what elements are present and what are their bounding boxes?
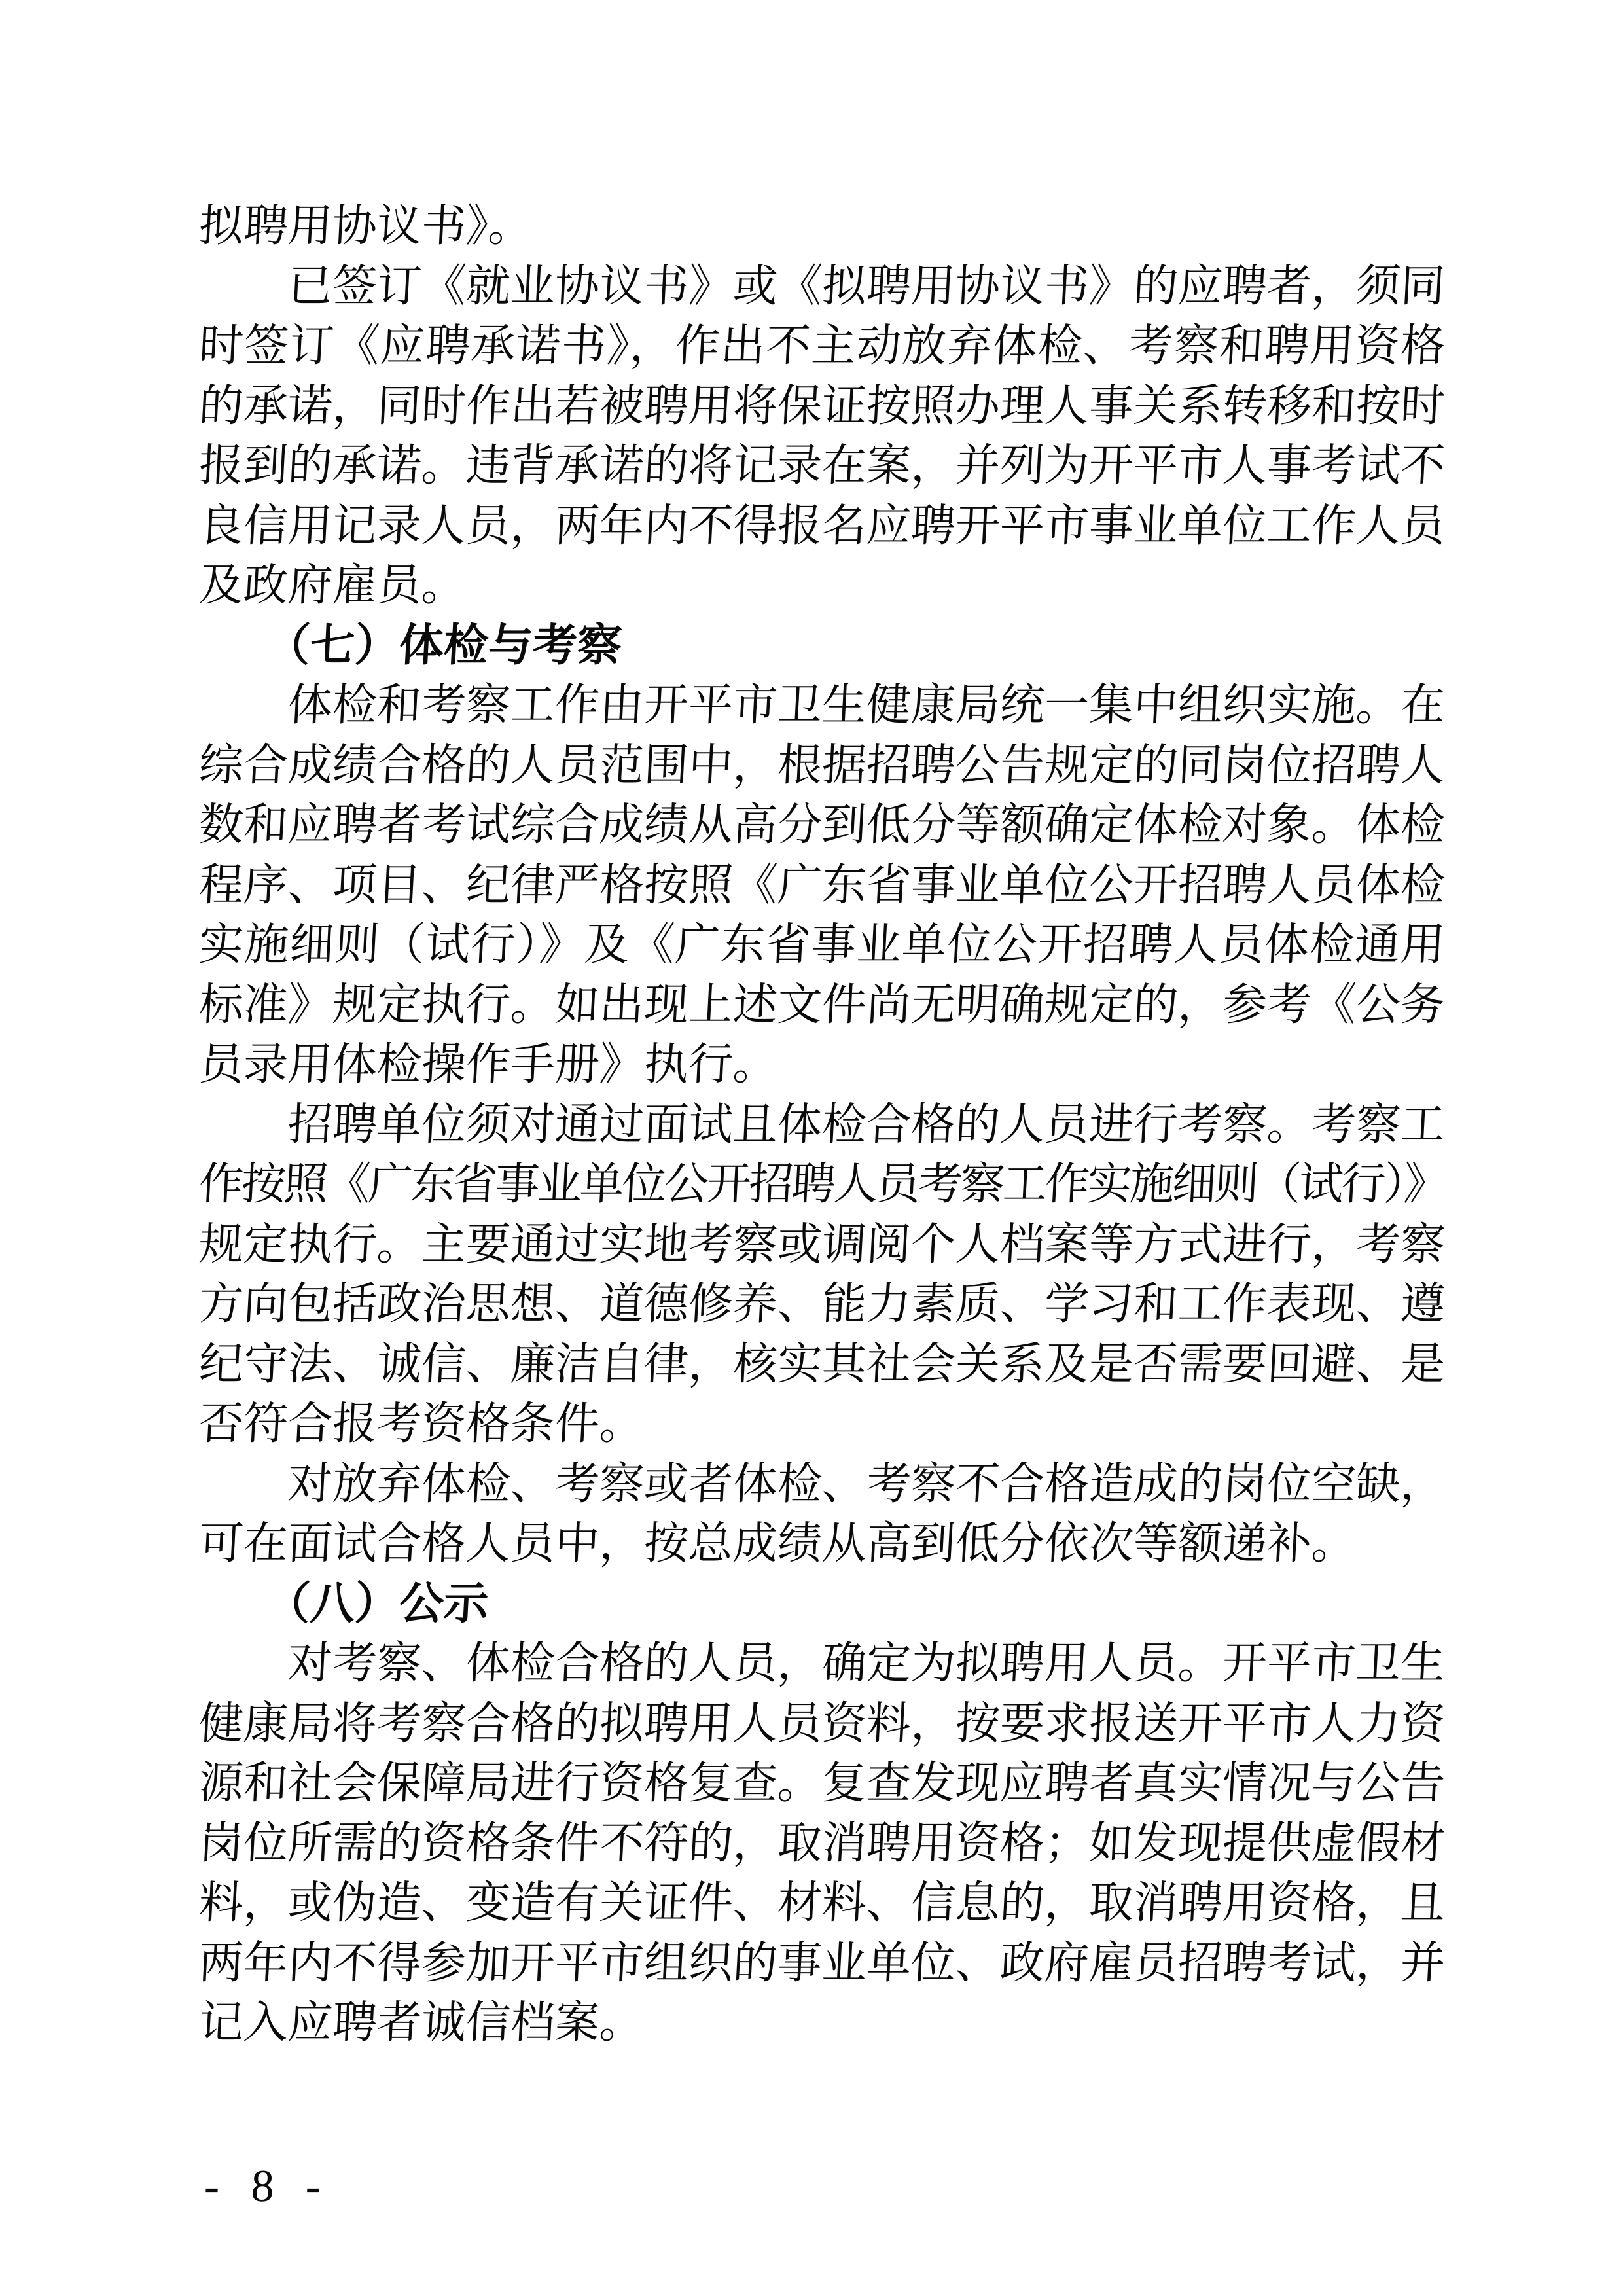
text-line: 纪守法、诚信、廉洁自律，核实其社会关系及是否需要回避、是 <box>198 1335 1447 1395</box>
text-line: 时签订《应聘承诺书》，作出不主动放弃体检、考察和聘用资格 <box>198 316 1447 376</box>
text-line: 料，或伪造、变造有关证件、材料、信息的，取消聘用资格，且 <box>198 1873 1447 1933</box>
page-number: - 8 - <box>204 2161 332 2212</box>
text-line: 良信用记录人员，两年内不得报名应聘开平市事业单位工作人员 <box>198 496 1447 556</box>
document-body: 拟聘用协议书》。 已签订《就业协议书》或《拟聘用协议书》的应聘者，须同 时签订《… <box>199 196 1445 2053</box>
text-line: 记入应聘者诚信档案。 <box>198 1993 1447 2053</box>
section-heading-7: （七）体检与考察 <box>198 616 1447 676</box>
text-line: 岗位所需的资格条件不符的，取消聘用资格；如发现提供虚假材 <box>198 1814 1447 1874</box>
text-line: 规定执行。主要通过实地考察或调阅个人档案等方式进行，考察 <box>198 1215 1447 1275</box>
text-line: 实施细则（试行）》及《广东省事业单位公开招聘人员体检通用 <box>198 915 1447 975</box>
section-heading-8: （八）公示 <box>198 1574 1447 1634</box>
text-line: 招聘单位须对通过面试且体检合格的人员进行考察。考察工 <box>198 1095 1447 1155</box>
scanned-document-page: 拟聘用协议书》。 已签订《就业协议书》或《拟聘用协议书》的应聘者，须同 时签订《… <box>0 0 1623 2296</box>
text-line: 体检和考察工作由开平市卫生健康局统一集中组织实施。在 <box>198 675 1447 736</box>
text-line: 对放弃体检、考察或者体检、考察不合格造成的岗位空缺， <box>198 1454 1447 1515</box>
text-line: 的承诺，同时作出若被聘用将保证按照办理人事关系转移和按时 <box>198 376 1447 437</box>
text-line: 两年内不得参加开平市组织的事业单位、政府雇员招聘考试，并 <box>198 1933 1447 1994</box>
text-line: 员录用体检操作手册》执行。 <box>198 1035 1447 1095</box>
text-line: 数和应聘者考试综合成绩从高分到低分等额确定体检对象。体检 <box>198 795 1447 855</box>
text-line: 健康局将考察合格的拟聘用人员资料，按要求报送开平市人力资 <box>198 1694 1447 1754</box>
text-line: 综合成绩合格的人员范围中，根据招聘公告规定的同岗位招聘人 <box>198 736 1447 796</box>
text-line: 标准》规定执行。如出现上述文件尚无明确规定的，参考《公务 <box>198 975 1447 1035</box>
text-line: 否符合报考资格条件。 <box>198 1394 1447 1454</box>
text-line: 程序、项目、纪律严格按照《广东省事业单位公开招聘人员体检 <box>198 855 1447 916</box>
text-line: 已签订《就业协议书》或《拟聘用协议书》的应聘者，须同 <box>198 257 1447 317</box>
text-line: 拟聘用协议书》。 <box>198 196 1447 257</box>
text-line: 可在面试合格人员中，按总成绩从高到低分依次等额递补。 <box>198 1514 1447 1574</box>
text-line: 对考察、体检合格的人员，确定为拟聘用人员。开平市卫生 <box>198 1634 1447 1694</box>
text-line: 方向包括政治思想、道德修养、能力素质、学习和工作表现、遵 <box>198 1274 1447 1335</box>
text-line: 及政府雇员。 <box>198 556 1447 616</box>
text-line: 报到的承诺。违背承诺的将记录在案，并列为开平市人事考试不 <box>198 436 1447 496</box>
text-line: 源和社会保障局进行资格复查。复查发现应聘者真实情况与公告 <box>198 1753 1447 1814</box>
text-line: 作按照《广东省事业单位公开招聘人员考察工作实施细则（试行）》 <box>198 1155 1447 1215</box>
